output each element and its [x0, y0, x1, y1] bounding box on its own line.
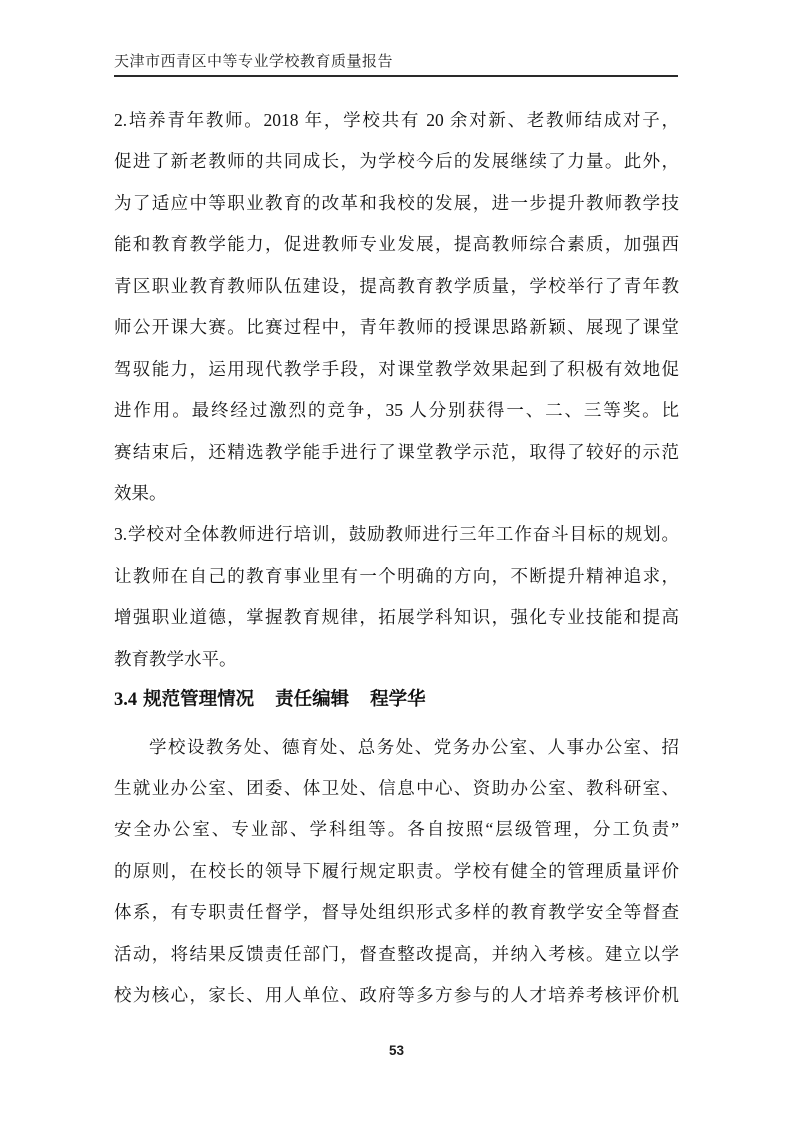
text-line: 的原则，在校长的领导下履行规定职责。学校有健全的管理质量评价	[114, 851, 679, 892]
text-line: 2.培养青年教师。2018 年，学校共有 20 余对新、老教师结成对子，	[114, 100, 679, 141]
running-header-title: 天津市西青区中等专业学校教育质量报告	[114, 54, 678, 77]
section-heading: 3.4规范管理情况责任编辑程学华	[114, 680, 679, 721]
text-line: 效果。	[114, 473, 679, 514]
document-body: 2.培养青年教师。2018 年，学校共有 20 余对新、老教师结成对子，促进了新…	[114, 100, 679, 1017]
page-header: 天津市西青区中等专业学校教育质量报告	[114, 54, 678, 77]
section-number: 3.4	[114, 690, 137, 710]
text-line: 能和教育教学能力，促进教师专业发展，提高教师综合素质，加强西	[114, 224, 679, 265]
text-line: 教育教学水平。	[114, 639, 679, 680]
text-line: 让教师在自己的教育事业里有一个明确的方向，不断提升精神追求，	[114, 556, 679, 597]
text-line: 体系，有专职责任督学，督导处组织形式多样的教育教学安全等督查	[114, 892, 679, 933]
text-line: 生就业办公室、团委、体卫处、信息中心、资助办公室、教科研室、	[114, 768, 679, 809]
text-line: 进作用。最终经过激烈的竞争，35 人分别获得一、二、三等奖。比	[114, 390, 679, 431]
text-line: 3.学校对全体教师进行培训，鼓励教师进行三年工作奋斗目标的规划。	[114, 514, 679, 555]
text-line: 活动，将结果反馈责任部门，督查整改提高，并纳入考核。建立以学	[114, 934, 679, 975]
section-editor-name: 程学华	[370, 690, 426, 710]
text-line: 学校设教务处、德育处、总务处、党务办公室、人事办公室、招	[114, 727, 679, 768]
text-line: 赛结束后，还精选教学能手进行了课堂教学示范，取得了较好的示范	[114, 432, 679, 473]
paragraph-block-2: 学校设教务处、德育处、总务处、党务办公室、人事办公室、招生就业办公室、团委、体卫…	[114, 727, 679, 1017]
text-line: 师公开课大赛。比赛过程中，青年教师的授课思路新颖、展现了课堂	[114, 307, 679, 348]
document-page: 天津市西青区中等专业学校教育质量报告 2.培养青年教师。2018 年，学校共有 …	[0, 0, 793, 1122]
paragraph-block-1: 2.培养青年教师。2018 年，学校共有 20 余对新、老教师结成对子，促进了新…	[114, 100, 679, 680]
text-line: 青区职业教育教师队伍建设，提高教育教学质量，学校举行了青年教	[114, 266, 679, 307]
page-footer: 53	[0, 1042, 793, 1060]
section-editor-label: 责任编辑	[275, 690, 349, 710]
text-line: 校为核心，家长、用人单位、政府等多方参与的人才培养考核评价机	[114, 975, 679, 1016]
text-line: 为了适应中等职业教育的改革和我校的发展，进一步提升教师教学技	[114, 183, 679, 224]
section-title: 规范管理情况	[143, 690, 254, 710]
text-line: 安全办公室、专业部、学科组等。各自按照“层级管理，分工负责”	[114, 809, 679, 850]
text-line: 促进了新老教师的共同成长，为学校今后的发展继续了力量。此外，	[114, 141, 679, 182]
text-line: 驾驭能力，运用现代教学手段，对课堂教学效果起到了积极有效地促	[114, 349, 679, 390]
page-number: 53	[389, 1043, 404, 1058]
text-line: 增强职业道德，掌握教育规律，拓展学科知识，强化专业技能和提高	[114, 597, 679, 638]
